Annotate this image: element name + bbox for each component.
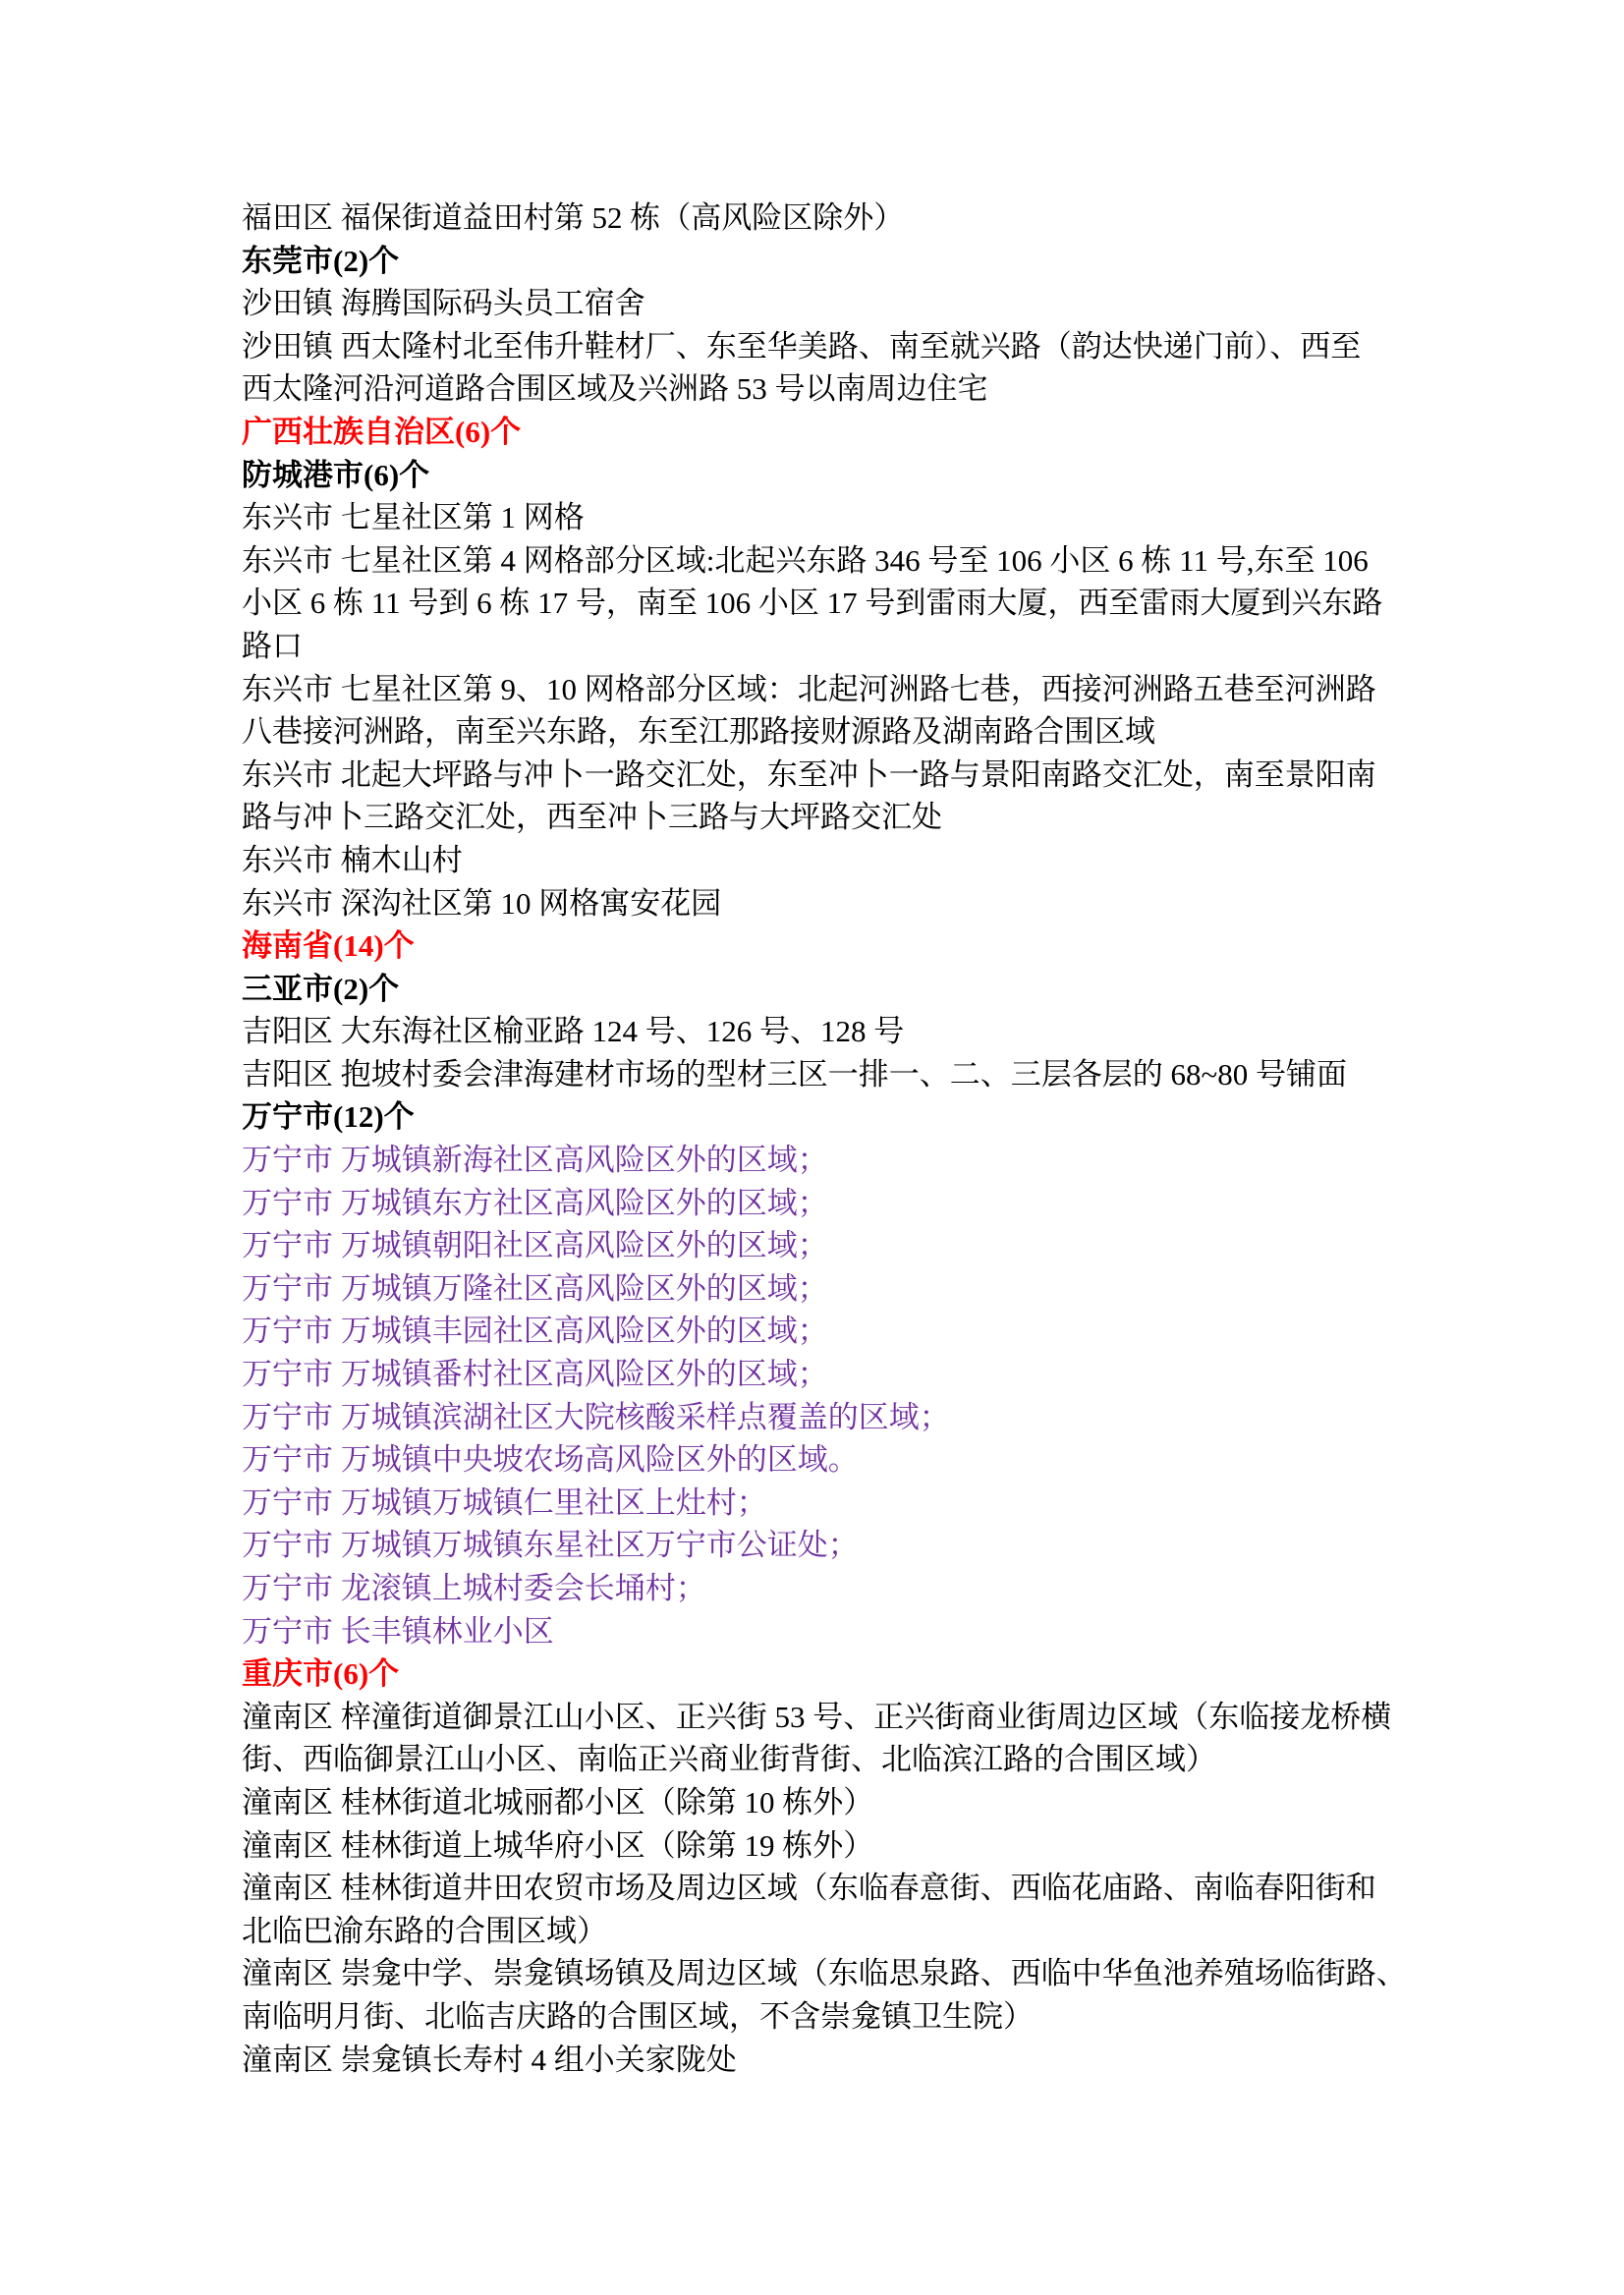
document-line: 吉阳区 大东海社区榆亚路 124 号、126 号、128 号 (242, 1010, 1391, 1053)
document-line: 万宁市 龙滚镇上城村委会长埇村； (242, 1567, 1391, 1610)
document-line: 万宁市 万城镇番村社区高风险区外的区域； (242, 1353, 1391, 1396)
document-page: 福田区 福保街道益田村第 52 栋（高风险区除外）东莞市(2)个沙田镇 海腾国际… (0, 0, 1624, 2295)
document-line: 沙田镇 海腾国际码头员工宿舍 (242, 282, 1391, 325)
document-line: 东兴市 深沟社区第 10 网格寓安花园 (242, 882, 1391, 925)
document-line: 潼南区 梓潼街道御景江山小区、正兴街 53 号、正兴街商业街周边区域（东临接龙桥… (242, 1696, 1391, 1739)
document-line: 吉阳区 抱坡村委会津海建材市场的型材三区一排一、二、三层各层的 68~80 号铺… (242, 1053, 1391, 1096)
document-line: 南临明月街、北临吉庆路的合围区域，不含崇龛镇卫生院） (242, 1995, 1391, 2039)
document-line: 沙田镇 西太隆村北至伟升鞋材厂、东至华美路、南至就兴路（韵达快递门前）、西至 (242, 325, 1391, 368)
document-line: 万宁市 万城镇朝阳社区高风险区外的区域； (242, 1224, 1391, 1267)
document-line: 重庆市(6)个 (242, 1652, 1391, 1696)
document-line: 万宁市 长丰镇林业小区 (242, 1610, 1391, 1653)
document-line: 潼南区 桂林街道北城丽都小区（除第 10 栋外） (242, 1781, 1391, 1824)
document-line: 路与冲卜三路交汇处，西至冲卜三路与大坪路交汇处 (242, 796, 1391, 839)
document-line: 海南省(14)个 (242, 924, 1391, 968)
document-line: 潼南区 崇龛中学、崇龛镇场镇及周边区域（东临思泉路、西临中华鱼池养殖场临街路、 (242, 1952, 1391, 1995)
document-line: 广西壮族自治区(6)个 (242, 411, 1391, 454)
document-line: 万宁市 万城镇万城镇东星社区万宁市公证处； (242, 1524, 1391, 1567)
line-list: 福田区 福保街道益田村第 52 栋（高风险区除外）东莞市(2)个沙田镇 海腾国际… (242, 196, 1391, 2081)
document-line: 万宁市 万城镇中央坡农场高风险区外的区域。 (242, 1438, 1391, 1482)
document-line: 万宁市 万城镇丰园社区高风险区外的区域； (242, 1310, 1391, 1353)
document-line: 东兴市 七星社区第 9、10 网格部分区域：北起河洲路七巷，西接河洲路五巷至河洲… (242, 668, 1391, 711)
document-line: 万宁市 万城镇东方社区高风险区外的区域； (242, 1182, 1391, 1225)
document-line: 东兴市 七星社区第 4 网格部分区域:北起兴东路 346 号至 106 小区 6… (242, 539, 1391, 583)
document-line: 防城港市(6)个 (242, 454, 1391, 497)
document-line: 万宁市 万城镇万城镇仁里社区上灶村； (242, 1482, 1391, 1525)
document-line: 东兴市 北起大坪路与冲卜一路交汇处，东至冲卜一路与景阳南路交汇处，南至景阳南 (242, 754, 1391, 797)
document-line: 潼南区 桂林街道上城华府小区（除第 19 栋外） (242, 1824, 1391, 1868)
document-line: 万宁市(12)个 (242, 1095, 1391, 1139)
document-line: 东兴市 七星社区第 1 网格 (242, 496, 1391, 539)
document-line: 小区 6 栋 11 号到 6 栋 17 号，南至 106 小区 17 号到雷雨大… (242, 582, 1391, 625)
document-line: 八巷接河洲路，南至兴东路，东至江那路接财源路及湖南路合围区域 (242, 710, 1391, 754)
document-line: 潼南区 桂林街道井田农贸市场及周边区域（东临春意街、西临花庙路、南临春阳街和 (242, 1867, 1391, 1910)
document-line: 万宁市 万城镇滨湖社区大院核酸采样点覆盖的区域； (242, 1396, 1391, 1439)
document-line: 万宁市 万城镇新海社区高风险区外的区域； (242, 1139, 1391, 1182)
document-line: 万宁市 万城镇万隆社区高风险区外的区域； (242, 1267, 1391, 1311)
document-line: 东莞市(2)个 (242, 240, 1391, 283)
document-line: 东兴市 楠木山村 (242, 839, 1391, 882)
document-line: 福田区 福保街道益田村第 52 栋（高风险区除外） (242, 196, 1391, 240)
document-content: 福田区 福保街道益田村第 52 栋（高风险区除外）东莞市(2)个沙田镇 海腾国际… (242, 196, 1391, 2081)
document-line: 西太隆河沿河道路合围区域及兴洲路 53 号以南周边住宅 (242, 367, 1391, 411)
document-line: 路口 (242, 625, 1391, 668)
document-line: 三亚市(2)个 (242, 968, 1391, 1011)
document-line: 北临巴渝东路的合围区域） (242, 1910, 1391, 1953)
document-line: 街、西临御景江山小区、南临正兴商业街背街、北临滨江路的合围区域） (242, 1738, 1391, 1781)
document-line: 潼南区 崇龛镇长寿村 4 组小关家陇处 (242, 2039, 1391, 2082)
